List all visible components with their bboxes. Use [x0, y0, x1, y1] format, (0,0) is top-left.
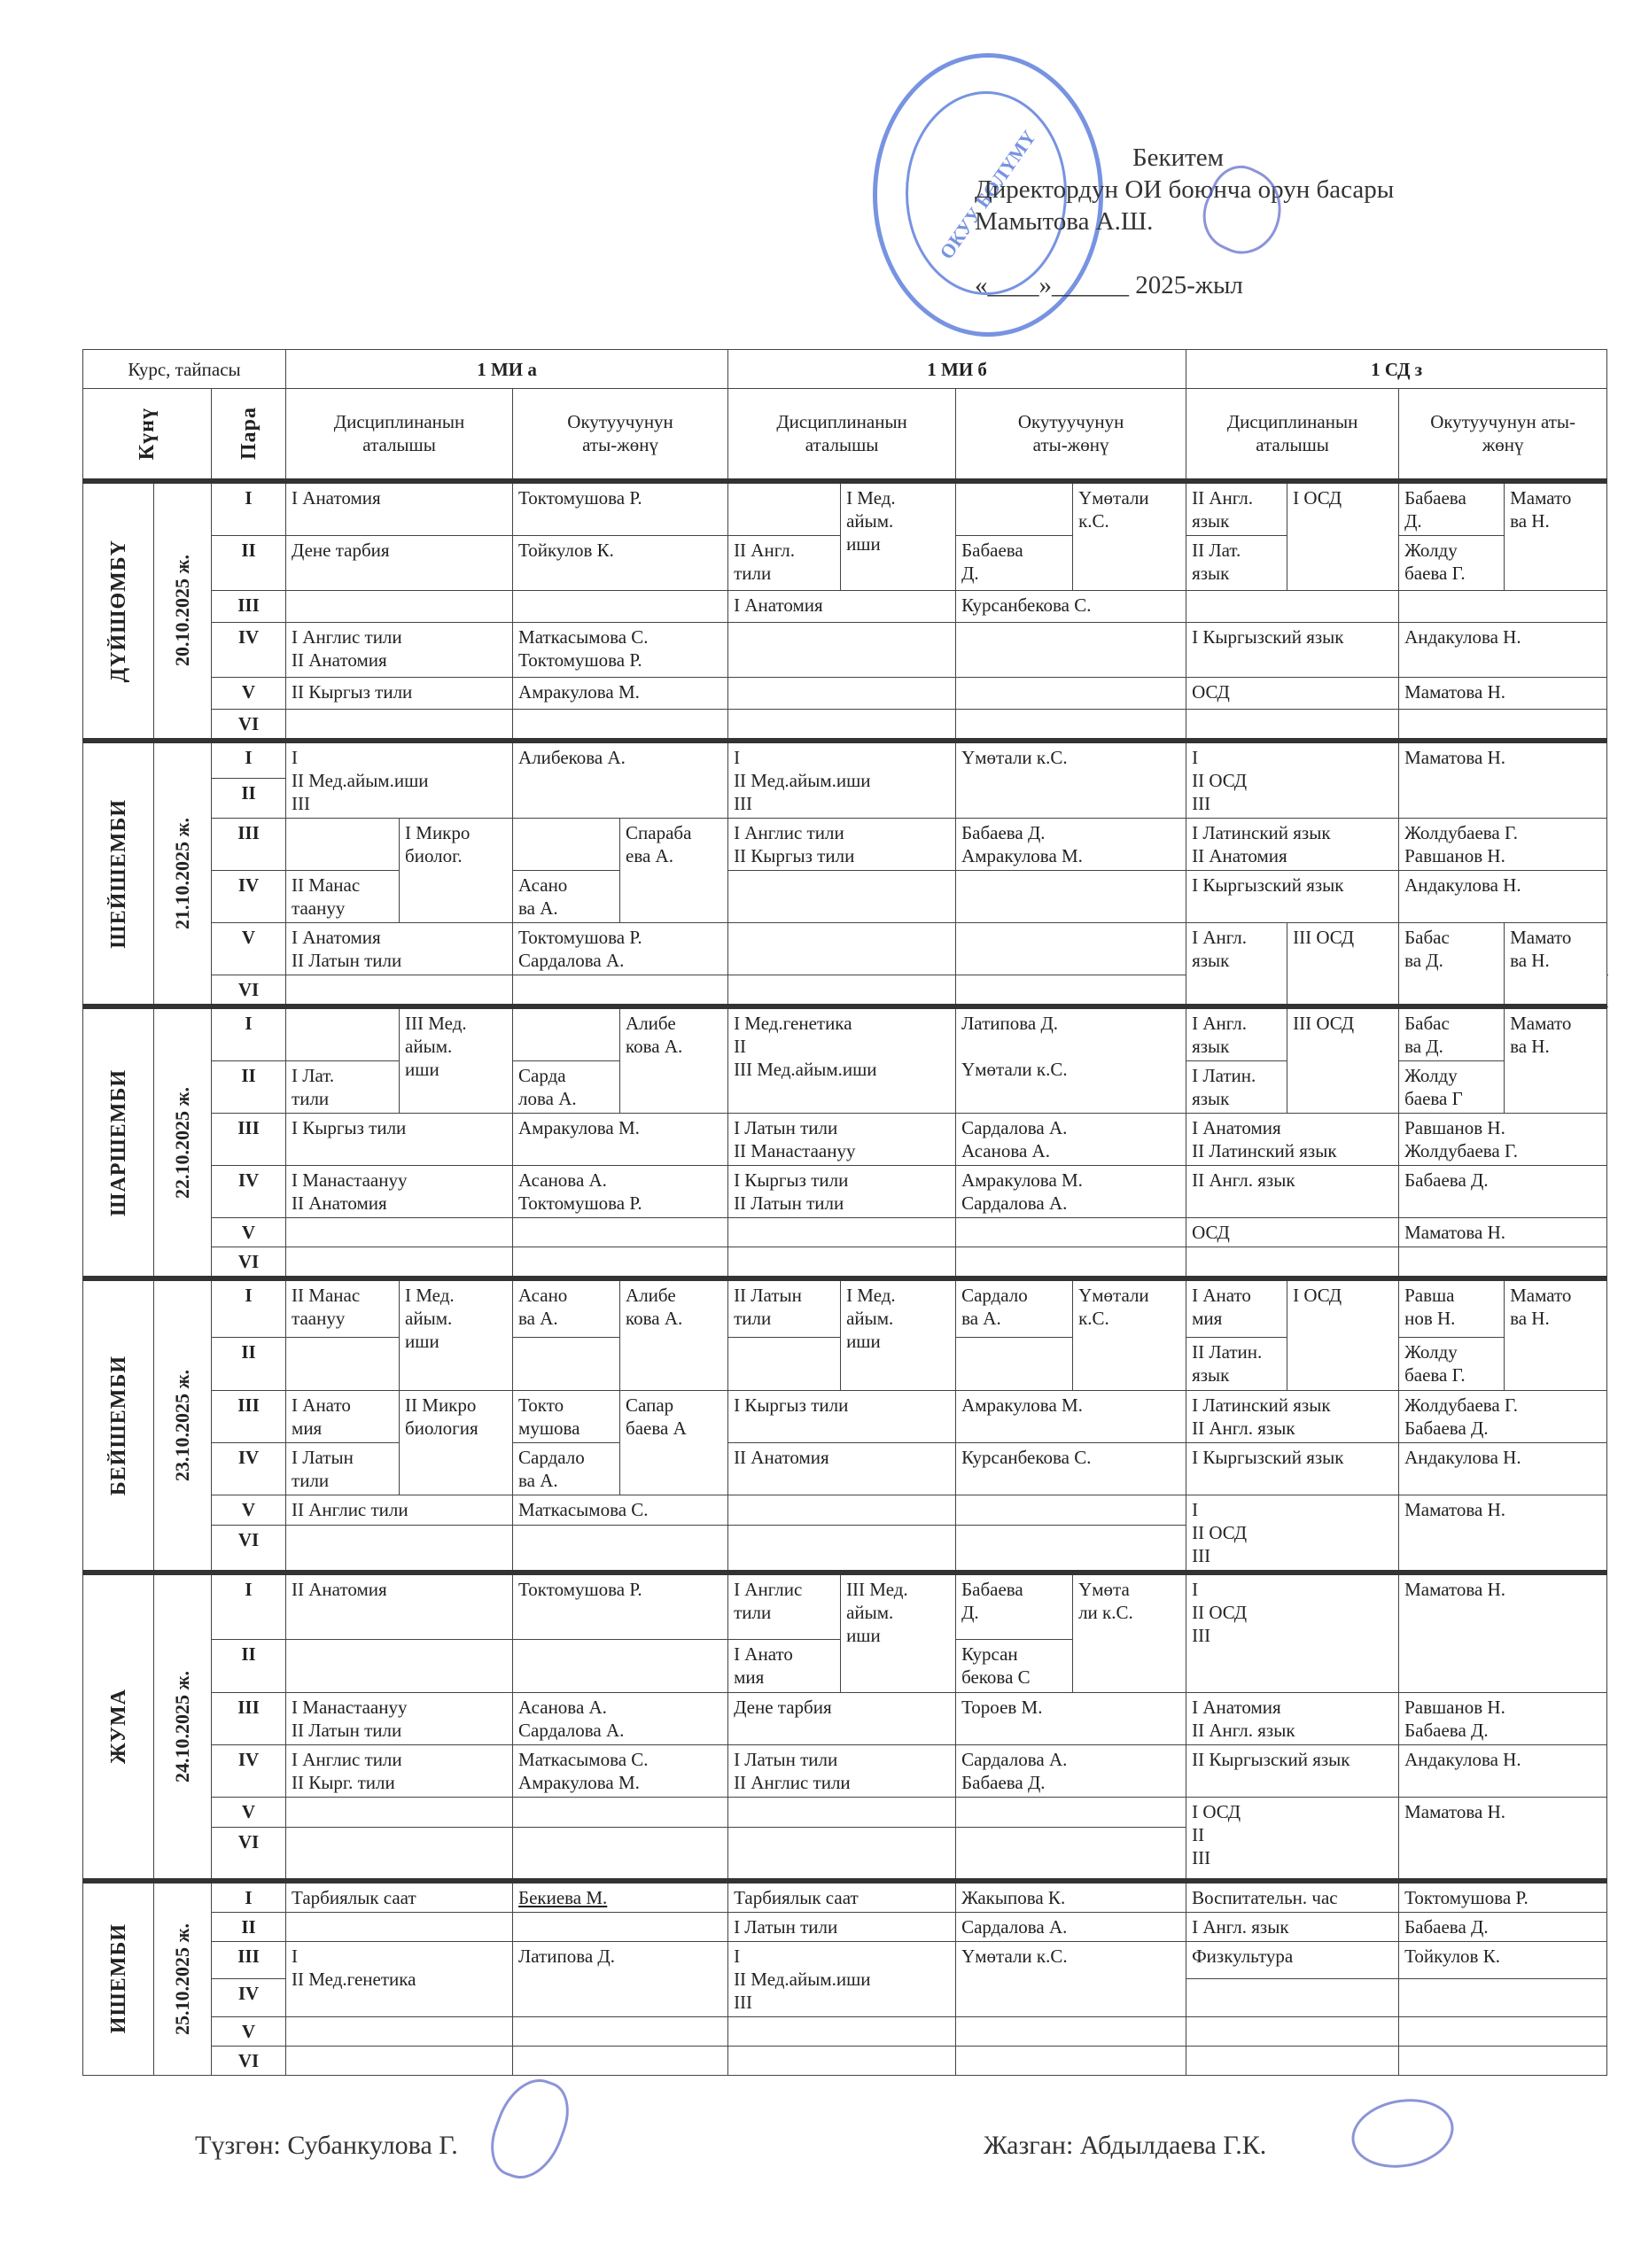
teacher-cell-mib: [956, 1798, 1186, 1828]
discipline-cell-sd: [1186, 590, 1399, 622]
teacher-cell-mia: Асанова А. Сардалова А.: [513, 1693, 728, 1745]
compiler-signature: [480, 2070, 579, 2189]
day-date-text: 21.10.2025 ж.: [171, 818, 194, 929]
teacher-cell-mia: [513, 2016, 728, 2046]
para-number: I: [212, 481, 286, 536]
discipline-cell-mia: II Кыргыз тили: [286, 677, 513, 709]
discipline-cell-mia: I Манастаануу II Анатомия: [286, 1166, 513, 1218]
day-name: ШЕЙШЕМБИ: [83, 741, 154, 1006]
schedule-row: VI: [83, 2046, 1607, 2075]
discipline-cell-mib: [728, 2016, 956, 2046]
teacher-cell-sd: Мамато ва Н.: [1505, 1278, 1607, 1390]
schedule-row: VII Кыргыз тилиАмракулова М.ОСДМаматова …: [83, 677, 1607, 709]
teacher-cell-sd: Маматова Н.: [1399, 741, 1607, 819]
teacher-cell-mib: [956, 1495, 1186, 1526]
teacher-cell-mib: Амракулова М. Сардалова А.: [956, 1166, 1186, 1218]
para-number: III: [212, 1941, 286, 1979]
discipline-cell-sd: [1186, 1247, 1399, 1279]
para-number: III: [212, 819, 286, 871]
para-number: V: [212, 1495, 286, 1526]
discipline-cell-mib: I Анато мия: [728, 1640, 841, 1693]
discipline-cell-mia: I Микро биолог.: [400, 819, 513, 923]
discipline-cell-mib: I Англис тили: [728, 1573, 841, 1640]
para-label: Пара: [237, 407, 261, 460]
teacher-cell-mib: [956, 709, 1186, 741]
para-number: VI: [212, 2046, 286, 2075]
schedule-row: V: [83, 2016, 1607, 2046]
teacher-cell-sd: [1399, 2016, 1607, 2046]
day-name: БЕЙШЕМБИ: [83, 1278, 154, 1573]
teacher-cell-sd: Тойкулов К.: [1399, 1941, 1607, 1979]
discipline-cell-mia: Дене тарбия: [286, 535, 513, 590]
discipline-cell-sd: II Лат. язык: [1186, 535, 1287, 590]
para-number: I: [212, 1006, 286, 1061]
teacher-cell-mia: Алибе кова А.: [620, 1278, 728, 1390]
day-date-text: 22.10.2025 ж.: [171, 1087, 194, 1199]
discipline-cell-mia: [286, 1526, 513, 1573]
para-number: V: [212, 1798, 286, 1828]
teacher-cell-mia: [513, 709, 728, 741]
discipline-cell-sd: I Анатомия II Англ. язык: [1186, 1693, 1399, 1745]
discipline-cell-mib: I Латын тили: [728, 1912, 956, 1941]
teacher-cell-mia: [513, 2046, 728, 2075]
day-date: 22.10.2025 ж.: [154, 1006, 212, 1278]
teacher-cell-sd: Мамато ва Н.: [1505, 1006, 1607, 1114]
teacher-cell-sd: Равшанов Н. Жолдубаева Г.: [1399, 1114, 1607, 1166]
para-number: IV: [212, 1166, 286, 1218]
discipline-cell-sd: I Кыргызский язык: [1186, 1442, 1399, 1495]
discipline-cell-mib: [728, 481, 841, 536]
schedule-row: БЕЙШЕМБИ23.10.2025 ж.III Манас таанууI М…: [83, 1278, 1607, 1337]
teacher-header-mia: Окутуучунун аты-жөнү: [513, 389, 728, 481]
day-name: ЖУМА: [83, 1573, 154, 1881]
teacher-cell-mib: Үмөтали к.С.: [956, 1941, 1186, 2016]
discipline-cell-mib: [728, 1798, 956, 1828]
discipline-cell-mib: [728, 871, 956, 923]
discipline-header-mib: Дисциплинанын аталышы: [728, 389, 956, 481]
discipline-cell-mia: [286, 975, 513, 1007]
day-date-text: 25.10.2025 ж.: [171, 1923, 194, 2035]
discipline-cell-mib: II Латын тили: [728, 1278, 841, 1337]
teacher-cell-mia: Тойкулов К.: [513, 535, 728, 590]
discipline-cell-sd: I Англ. язык: [1186, 1912, 1399, 1941]
para-number: V: [212, 677, 286, 709]
para-number: IV: [212, 1745, 286, 1798]
teacher-header-sd: Окутуучунун аты- жөнү: [1399, 389, 1607, 481]
discipline-cell-mib: II Англ. тили: [728, 535, 841, 590]
teacher-cell-mib: Үмөта ли к.С.: [1073, 1573, 1186, 1693]
teacher-cell-mib: Латипова Д. Үмөтали к.С.: [956, 1006, 1186, 1114]
teacher-cell-mib: Бабаева Д.: [956, 1573, 1073, 1640]
teacher-cell-sd: Бабаева Д.: [1399, 481, 1505, 536]
discipline-cell-mia: [286, 1798, 513, 1828]
schedule-row: IVII Манас таанууАсано ва А.I Кыргызский…: [83, 871, 1607, 923]
discipline-cell-sd: III ОСД: [1287, 1006, 1399, 1114]
schedule-row: IVI Англис тили II Кырг. тилиМаткасымова…: [83, 1745, 1607, 1798]
teacher-cell-mia: [513, 1828, 728, 1881]
discipline-cell-mib: II Анатомия: [728, 1442, 956, 1495]
teacher-cell-mib: Сардалова А.: [956, 1912, 1186, 1941]
teacher-cell-sd: Жолду баева Г.: [1399, 535, 1505, 590]
para-number: III: [212, 1390, 286, 1442]
day-name-text: ДҮЙШӨМБҮ: [107, 540, 130, 682]
para-number: VI: [212, 1526, 286, 1573]
teacher-cell-mia: Алибекова А.: [513, 741, 728, 819]
discipline-cell-sd: Воспитательн. час: [1186, 1881, 1399, 1913]
discipline-cell-mia: Тарбиялык саат: [286, 1881, 513, 1913]
discipline-cell-mia: I Лат. тили: [286, 1061, 400, 1114]
discipline-cell-mia: [286, 819, 400, 871]
teacher-cell-sd: [1399, 590, 1607, 622]
discipline-cell-sd: I Латин. язык: [1186, 1061, 1287, 1114]
para-number: I: [212, 1573, 286, 1640]
teacher-cell-mia: Токтомушова Р.: [513, 481, 728, 536]
discipline-cell-mia: I Мед. айым. иши: [400, 1278, 513, 1390]
para-number: IV: [212, 622, 286, 677]
discipline-cell-sd: I Англ. язык: [1186, 1006, 1287, 1061]
discipline-cell-mia: I Анатомия II Латын тили: [286, 923, 513, 975]
teacher-cell-sd: Андакулова Н.: [1399, 1442, 1607, 1495]
teacher-cell-mia: Токтомушова Р.: [513, 1573, 728, 1640]
teacher-cell-mib: Тороев М.: [956, 1693, 1186, 1745]
teacher-cell-mia: [513, 1526, 728, 1573]
discipline-cell-mia: II Манас таануу: [286, 1278, 400, 1337]
teacher-cell-mib: [956, 975, 1186, 1007]
schedule-row: IVI Манастаануу II АнатомияАсанова А. То…: [83, 1166, 1607, 1218]
day-header: Күнү: [83, 389, 212, 481]
discipline-cell-mia: I II Мед.айым.иши III: [286, 741, 513, 819]
discipline-cell-sd: II Англ. язык: [1186, 481, 1287, 536]
para-number: V: [212, 1218, 286, 1247]
discipline-cell-mia: I Кыргыз тили: [286, 1114, 513, 1166]
teacher-cell-mia: Маткасымова С.: [513, 1495, 728, 1526]
teacher-cell-mia: Сарда лова А.: [513, 1061, 620, 1114]
teacher-cell-mib: [956, 1526, 1186, 1573]
approval-block: Бекитем Директордун ОИ боюнча орун басар…: [975, 142, 1394, 301]
teacher-cell-sd: [1399, 1247, 1607, 1279]
discipline-cell-mia: [286, 709, 513, 741]
day-name-text: ШЕЙШЕМБИ: [107, 799, 130, 949]
teacher-cell-mia: [513, 1247, 728, 1279]
discipline-cell-mia: [286, 1218, 513, 1247]
para-number: II: [212, 1912, 286, 1941]
discipline-cell-mia: [286, 1337, 400, 1390]
discipline-cell-mib: [728, 1218, 956, 1247]
teacher-cell-mia: Амракулова М.: [513, 1114, 728, 1166]
day-name-text: ШАРШЕМБИ: [107, 1069, 130, 1216]
schedule-row: ШЕЙШЕМБИ21.10.2025 ж.II II Мед.айым.иши …: [83, 741, 1607, 778]
para-number: VI: [212, 975, 286, 1007]
schedule-row: ДҮЙШӨМБҮ20.10.2025 ж.II АнатомияТоктомуш…: [83, 481, 1607, 536]
schedule-table: Курс, тайпасы1 МИ а1 МИ б1 СД зКүнүПараД…: [82, 349, 1607, 2076]
teacher-cell-mib: Курсанбекова С.: [956, 1442, 1186, 1495]
discipline-cell-mia: [286, 2046, 513, 2075]
para-number: II: [212, 1061, 286, 1114]
discipline-cell-mia: II Анатомия: [286, 1573, 513, 1640]
teacher-cell-mia: Амракулова М.: [513, 677, 728, 709]
discipline-cell-mib: I Кыргыз тили: [728, 1390, 956, 1442]
approval-date: «____»______ 2025-жыл: [975, 269, 1394, 301]
schedule-row: VI: [83, 1247, 1607, 1279]
discipline-cell-sd: I Кыргызский язык: [1186, 871, 1399, 923]
para-number: V: [212, 923, 286, 975]
para-number: II: [212, 1337, 286, 1390]
teacher-cell-sd: Жолду баева Г: [1399, 1061, 1505, 1114]
para-number: II: [212, 535, 286, 590]
schedule-row: III Латын тилиСардалова А.I Англ. языкБа…: [83, 1912, 1607, 1941]
discipline-cell-mib: I Анатомия: [728, 590, 956, 622]
teacher-cell-sd: Андакулова Н.: [1399, 871, 1607, 923]
teacher-cell-mia: [513, 1218, 728, 1247]
teacher-cell-sd: Бабас ва Д.: [1399, 923, 1505, 1007]
discipline-cell-mia: I Латын тили: [286, 1442, 400, 1495]
teacher-cell-mia: Маткасымова С. Токтомушова Р.: [513, 622, 728, 677]
day-date: 21.10.2025 ж.: [154, 741, 212, 1006]
discipline-cell-mib: [728, 709, 956, 741]
discipline-cell-sd: [1186, 2016, 1399, 2046]
discipline-cell-sd: I II ОСД III: [1186, 1495, 1399, 1573]
teacher-cell-sd: Андакулова Н.: [1399, 622, 1607, 677]
discipline-cell-mia: [286, 590, 513, 622]
discipline-cell-mib: [728, 1526, 956, 1573]
teacher-cell-mia: Токто мушова: [513, 1390, 620, 1442]
teacher-cell-mia: Алибе кова А.: [620, 1006, 728, 1114]
teacher-cell-mia: Асано ва А.: [513, 1278, 620, 1337]
approval-position: Директордун ОИ боюнча орун басары: [975, 174, 1394, 206]
teacher-header-mib: Окутуучунун аты-жөнү: [956, 389, 1186, 481]
discipline-cell-mia: II Микро биология: [400, 1390, 513, 1495]
teacher-cell-mia: [513, 1006, 620, 1061]
para-number: VI: [212, 1828, 286, 1881]
para-number: IV: [212, 1979, 286, 2017]
discipline-cell-mia: I Анато мия: [286, 1390, 400, 1442]
teacher-cell-sd: Равшанов Н. Бабаева Д.: [1399, 1693, 1607, 1745]
teacher-cell-sd: Андакулова Н.: [1399, 1745, 1607, 1798]
schedule-row: IIII II Мед.генетикаЛатипова Д.I II Мед.…: [83, 1941, 1607, 1979]
teacher-cell-mib: Бабаева Д. Амракулова М.: [956, 819, 1186, 871]
discipline-header-mia: Дисциплинанын аталышы: [286, 389, 513, 481]
teacher-cell-mia: Маткасымова С. Амракулова М.: [513, 1745, 728, 1798]
discipline-cell-mib: [728, 677, 956, 709]
discipline-cell-mia: I Анатомия: [286, 481, 513, 536]
teacher-cell-mib: [956, 923, 1186, 975]
para-number: V: [212, 2016, 286, 2046]
footer-compiled: Түзгөн: Субанкулова Г.: [195, 2131, 458, 2161]
discipline-cell-sd: [1186, 2046, 1399, 2075]
group-1mib: 1 МИ б: [728, 350, 1186, 389]
para-number: III: [212, 1693, 286, 1745]
schedule-row: VI: [83, 709, 1607, 741]
teacher-cell-sd: Мамато ва Н.: [1505, 481, 1607, 591]
footer-written: Жазган: Абдылдаева Г.К.: [984, 2131, 1266, 2161]
discipline-cell-mib: [728, 1337, 841, 1390]
discipline-cell-mia: [286, 1640, 513, 1693]
teacher-cell-sd: Жолдубаева Г. Равшанов Н.: [1399, 819, 1607, 871]
discipline-cell-mia: I Манастаануу II Латын тили: [286, 1693, 513, 1745]
day-name-text: БЕЙШЕМБИ: [107, 1355, 130, 1495]
teacher-cell-mia: Сапар баева А: [620, 1390, 728, 1495]
discipline-cell-mia: III Мед. айым. иши: [400, 1006, 513, 1114]
discipline-cell-mib: I II Мед.айым.иши III: [728, 741, 956, 819]
schedule-row: VII Англис тилиМаткасымова С.I II ОСД II…: [83, 1495, 1607, 1526]
teacher-cell-mia: Бекиева М.: [513, 1881, 728, 1913]
discipline-cell-sd: I Англ. язык: [1186, 923, 1287, 1007]
teacher-cell-mib: [956, 1828, 1186, 1881]
discipline-cell-sd: ОСД: [1186, 1218, 1399, 1247]
teacher-cell-mia: Латипова Д.: [513, 1941, 728, 2016]
day-label: Күнү: [136, 408, 159, 460]
teacher-cell-mib: Сардалова А. Асанова А.: [956, 1114, 1186, 1166]
discipline-cell-sd: II Кыргызский язык: [1186, 1745, 1399, 1798]
para-number: VI: [212, 709, 286, 741]
teacher-cell-sd: Жолду баева Г.: [1399, 1337, 1505, 1390]
para-number: VI: [212, 1247, 286, 1279]
para-number: II: [212, 1640, 286, 1693]
discipline-cell-sd: Физкультура: [1186, 1941, 1399, 1979]
approval-title: Бекитем: [975, 142, 1394, 174]
teacher-cell-sd: Маматова Н.: [1399, 677, 1607, 709]
teacher-cell-mia: Сардало ва А.: [513, 1442, 620, 1495]
discipline-cell-mia: I Англис тили II Кырг. тили: [286, 1745, 513, 1798]
discipline-cell-sd: I ОСД: [1287, 1278, 1399, 1390]
teacher-cell-mib: [956, 2016, 1186, 2046]
discipline-cell-mib: Тарбиялык саат: [728, 1881, 956, 1913]
discipline-cell-mia: [286, 1006, 400, 1061]
teacher-cell-mia: [513, 590, 728, 622]
teacher-cell-mib: Бабаева Д.: [956, 535, 1073, 590]
schedule-row: IVI Англис тили II АнатомияМаткасымова С…: [83, 622, 1607, 677]
discipline-cell-mia: I II Мед.генетика: [286, 1941, 513, 2016]
discipline-cell-sd: ОСД: [1186, 677, 1399, 709]
group-1sdz: 1 СД з: [1186, 350, 1607, 389]
schedule-row: IVI Латын тилиСардало ва А.II АнатомияКу…: [83, 1442, 1607, 1495]
teacher-cell-mia: Токтомушова Р. Сардалова А.: [513, 923, 728, 975]
teacher-cell-mia: Асанова А. Токтомушова Р.: [513, 1166, 728, 1218]
teacher-cell-sd: Токтомушова Р.: [1399, 1881, 1607, 1913]
discipline-cell-mib: III Мед. айым. иши: [841, 1573, 956, 1693]
schedule-row: VОСДМаматова Н.: [83, 1218, 1607, 1247]
discipline-cell-mib: Дене тарбия: [728, 1693, 956, 1745]
day-date: 25.10.2025 ж.: [154, 1881, 212, 2076]
writer-signature: [1346, 2092, 1458, 2176]
teacher-cell-mib: [956, 1218, 1186, 1247]
course-label: Курс, тайпасы: [83, 350, 286, 389]
discipline-cell-sd: I Анато мия: [1186, 1278, 1287, 1337]
day-name: ДҮЙШӨМБҮ: [83, 481, 154, 742]
para-number: I: [212, 1278, 286, 1337]
teacher-cell-mib: [956, 1337, 1073, 1390]
teacher-cell-mib: Сардалова А. Бабаева Д.: [956, 1745, 1186, 1798]
group-1mia: 1 МИ а: [286, 350, 728, 389]
teacher-cell-mib: Үмөтали к.С.: [1073, 1278, 1186, 1390]
teacher-cell-sd: Бабаева Д.: [1399, 1166, 1607, 1218]
discipline-cell-mib: I Латын тили II Англис тили: [728, 1745, 956, 1798]
teacher-cell-mib: Амракулова М.: [956, 1390, 1186, 1442]
teacher-cell-mib: [956, 1247, 1186, 1279]
teacher-cell-sd: Бабаева Д.: [1399, 1912, 1607, 1941]
teacher-cell-sd: Бабас ва Д.: [1399, 1006, 1505, 1061]
teacher-cell-mia: Асано ва А.: [513, 871, 620, 923]
discipline-cell-sd: I ОСД: [1287, 481, 1399, 591]
discipline-cell-sd: I Латинский язык II Англ. язык: [1186, 1390, 1399, 1442]
day-name-text: ЖУМА: [107, 1689, 130, 1764]
discipline-cell-mib: I Мед. айым. иши: [841, 481, 956, 591]
teacher-cell-sd: Мамато ва Н.: [1505, 923, 1607, 1007]
para-number: IV: [212, 1442, 286, 1495]
discipline-cell-sd: II Англ. язык: [1186, 1166, 1399, 1218]
day-date-text: 24.10.2025 ж.: [171, 1671, 194, 1783]
schedule-row: IIII Кыргыз тилиАмракулова М.I Латын тил…: [83, 1114, 1607, 1166]
schedule-row: ЖУМА24.10.2025 ж.III АнатомияТоктомушова…: [83, 1573, 1607, 1640]
discipline-cell-mib: I Кыргыз тили II Латын тили: [728, 1166, 956, 1218]
schedule-row: IIII Микро биолог.Спараба ева А.I Англис…: [83, 819, 1607, 871]
discipline-cell-mib: [728, 975, 956, 1007]
discipline-cell-sd: I Латинский язык II Анатомия: [1186, 819, 1399, 871]
teacher-cell-mia: [513, 1337, 620, 1390]
day-date-text: 23.10.2025 ж.: [171, 1370, 194, 1481]
teacher-cell-mib: [956, 677, 1186, 709]
teacher-cell-mib: [956, 622, 1186, 677]
teacher-cell-mib: Үмөтали к.С.: [956, 741, 1186, 819]
discipline-cell-sd: I Кыргызский язык: [1186, 622, 1399, 677]
teacher-cell-mia: Спараба ева А.: [620, 819, 728, 923]
para-number: IV: [212, 871, 286, 923]
teacher-cell-mib: Жакыпова К.: [956, 1881, 1186, 1913]
discipline-header-sd: Дисциплинанын аталышы: [1186, 389, 1399, 481]
discipline-cell-mia: I Англис тили II Анатомия: [286, 622, 513, 677]
teacher-cell-sd: Маматова Н.: [1399, 1218, 1607, 1247]
discipline-cell-mib: [728, 1247, 956, 1279]
teacher-cell-sd: Равша нов Н.: [1399, 1278, 1505, 1337]
discipline-cell-sd: I ОСД II III: [1186, 1798, 1399, 1881]
para-number: III: [212, 590, 286, 622]
teacher-cell-sd: Маматова Н.: [1399, 1798, 1607, 1881]
day-date: 20.10.2025 ж.: [154, 481, 212, 742]
discipline-cell-sd: I Анатомия II Латинский язык: [1186, 1114, 1399, 1166]
teacher-cell-sd: [1399, 709, 1607, 741]
discipline-cell-sd: I II ОСД III: [1186, 1573, 1399, 1693]
schedule-row: IIII Анато мияII Микро биологияТокто муш…: [83, 1390, 1607, 1442]
discipline-cell-mia: [286, 1912, 513, 1941]
discipline-cell-mib: [728, 622, 956, 677]
discipline-cell-sd: II Латин. язык: [1186, 1337, 1287, 1390]
schedule-row: IIII АнатомияКурсанбекова С.: [83, 590, 1607, 622]
schedule-row: VI Анатомия II Латын тилиТоктомушова Р. …: [83, 923, 1607, 975]
para-number: I: [212, 741, 286, 778]
discipline-cell-mia: [286, 2016, 513, 2046]
teacher-cell-mia: [513, 1640, 728, 1693]
discipline-cell-mib: [728, 1828, 956, 1881]
day-date: 23.10.2025 ж.: [154, 1278, 212, 1573]
schedule-row: ИШЕМБИ25.10.2025 ж.IТарбиялык саатБекиев…: [83, 1881, 1607, 1913]
discipline-cell-sd: I II ОСД III: [1186, 741, 1399, 819]
teacher-cell-sd: [1399, 2046, 1607, 2075]
discipline-cell-mib: I Мед. айым. иши: [841, 1278, 956, 1390]
discipline-cell-sd: III ОСД: [1287, 923, 1399, 1007]
teacher-cell-sd: Жолдубаева Г. Бабаева Д.: [1399, 1390, 1607, 1442]
approval-name: Мамытова А.Ш.: [975, 206, 1394, 237]
discipline-cell-mia: II Англис тили: [286, 1495, 513, 1526]
teacher-cell-mib: Курсанбекова С.: [956, 590, 1186, 622]
day-name: ШАРШЕМБИ: [83, 1006, 154, 1278]
discipline-cell-mia: II Манас таануу: [286, 871, 400, 923]
teacher-cell-mib: [956, 481, 1073, 536]
teacher-cell-mib: Сардало ва А.: [956, 1278, 1073, 1337]
para-number: II: [212, 778, 286, 818]
discipline-cell-mib: I Англис тили II Кыргыз тили: [728, 819, 956, 871]
discipline-cell-mib: I Мед.генетика II III Мед.айым.иши: [728, 1006, 956, 1114]
teacher-cell-sd: Маматова Н.: [1399, 1495, 1607, 1573]
